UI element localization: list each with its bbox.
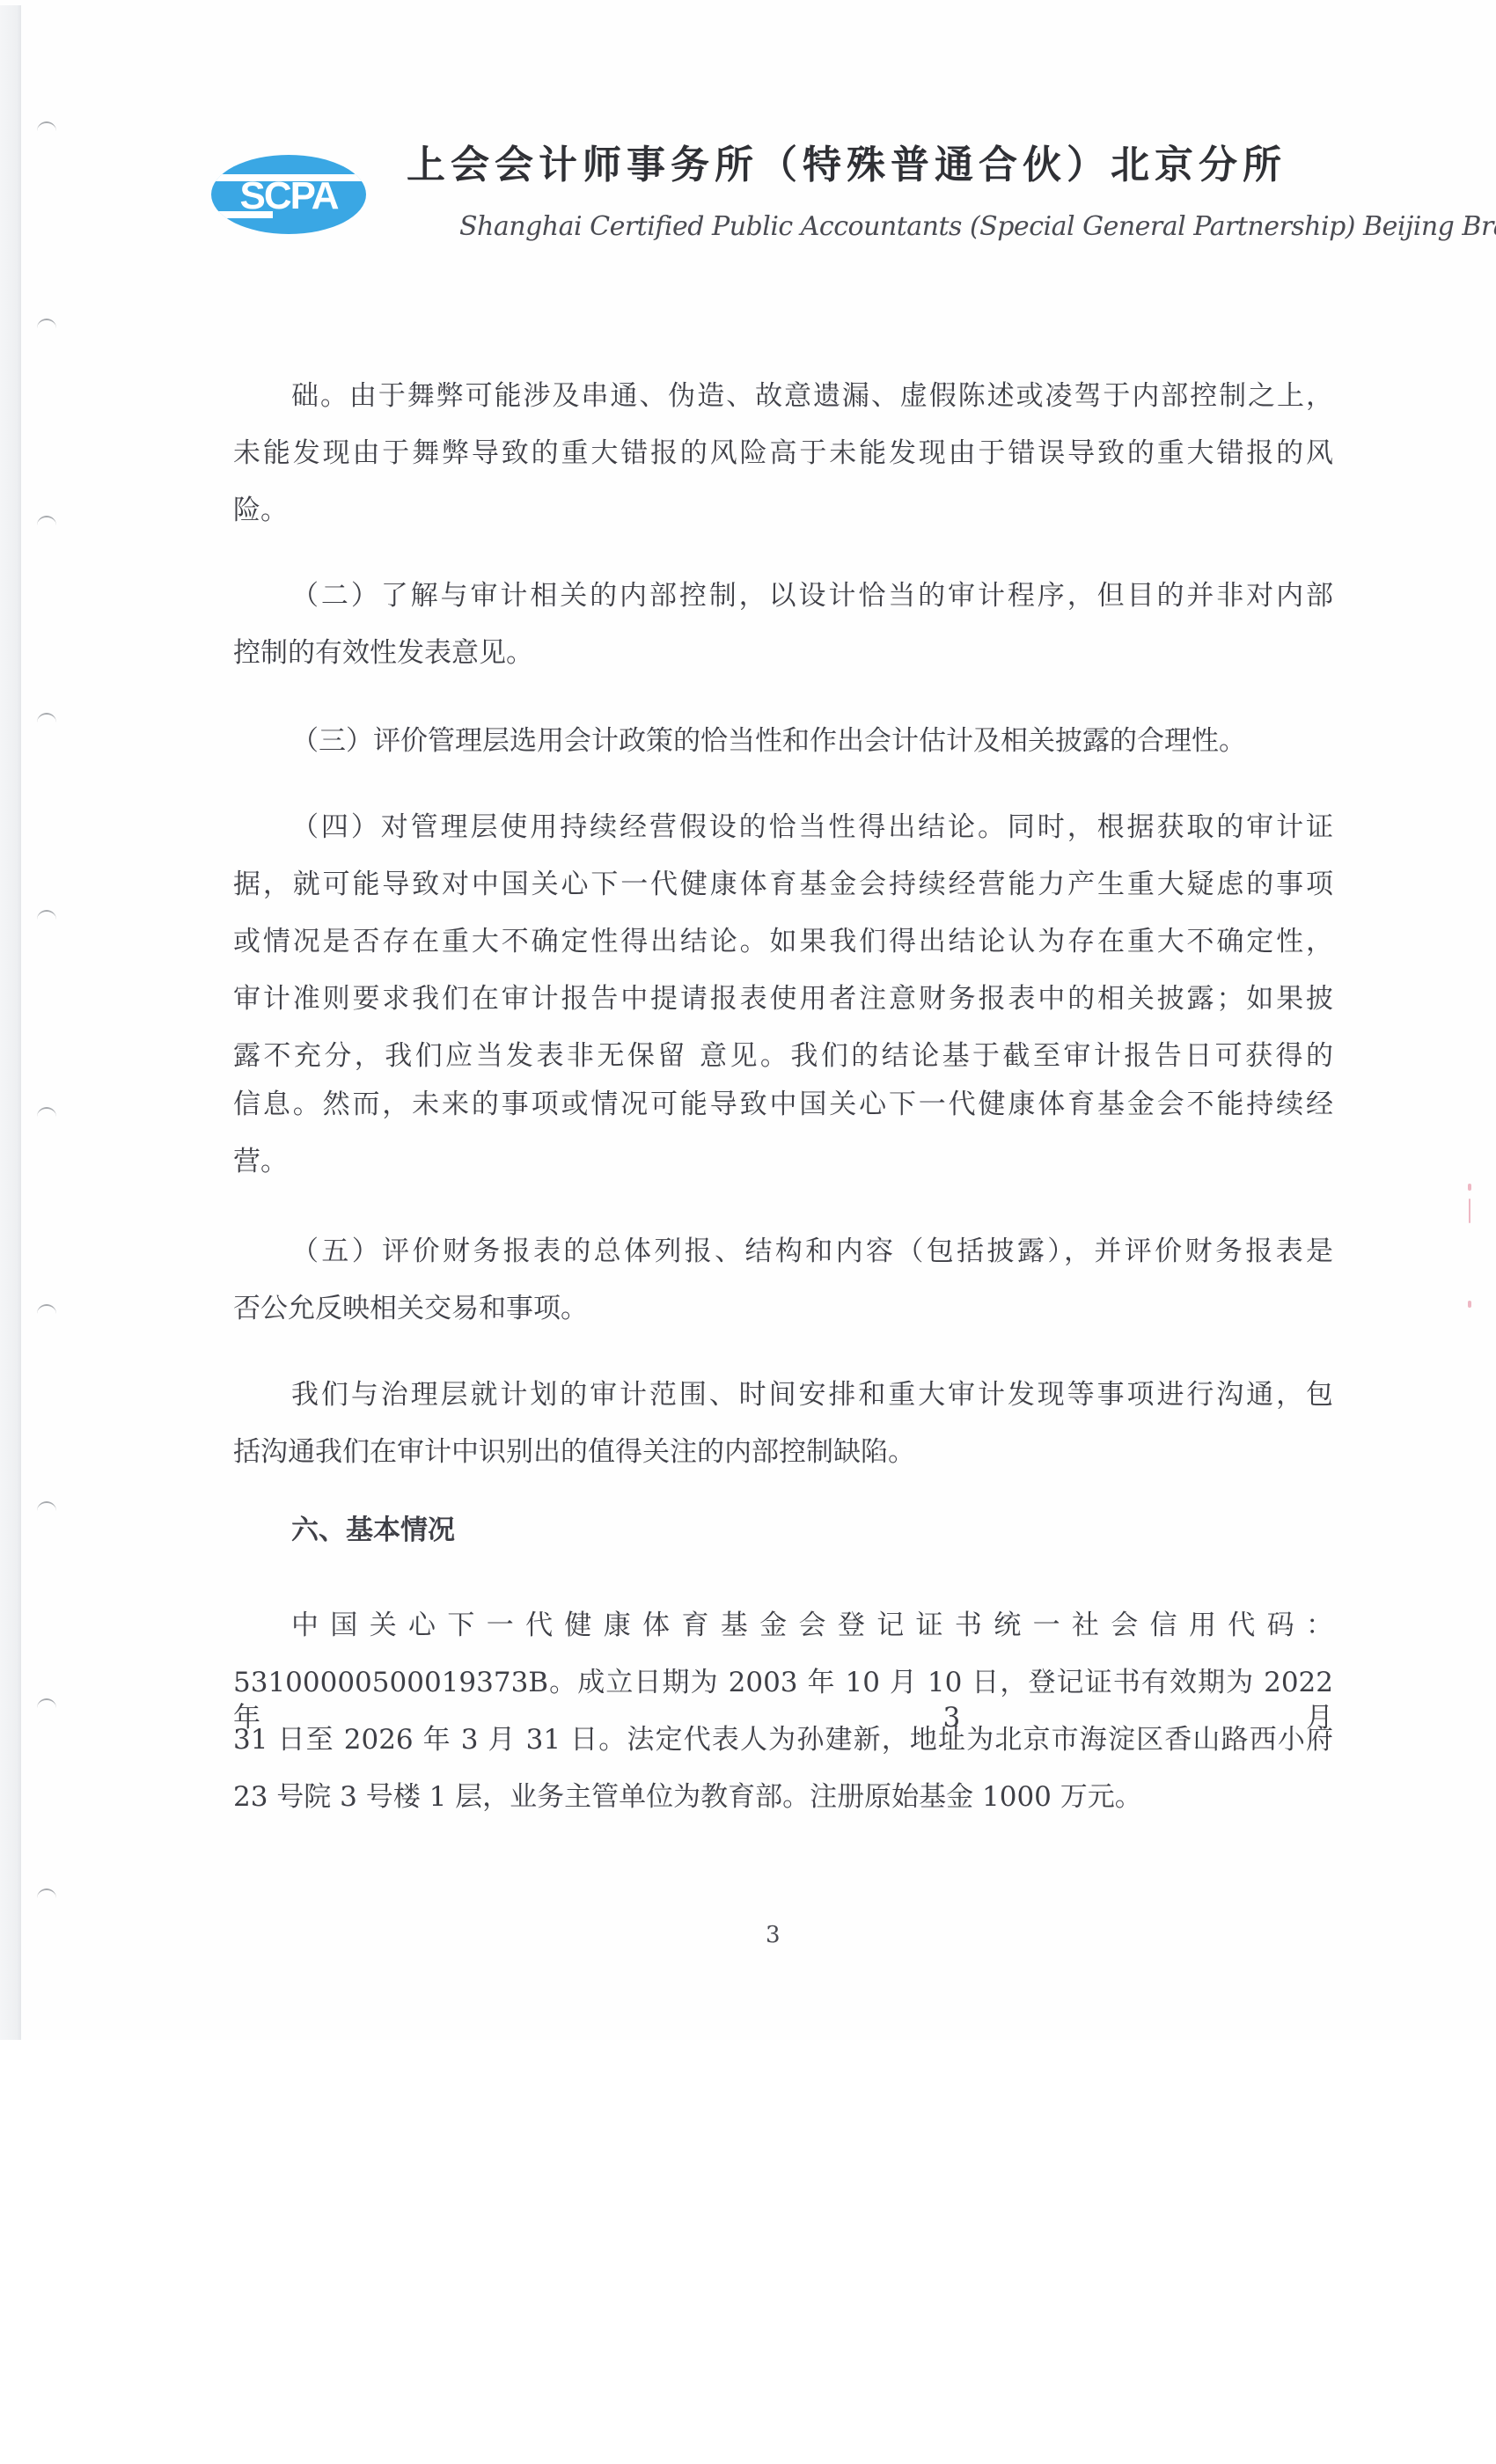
scan-edge-strip: [0, 5, 21, 2040]
seal-mark-icon: [1468, 1301, 1471, 1308]
firm-name-english: Shanghai Certified Public Accountants (S…: [459, 208, 1291, 246]
body-text-line: 础。由于舞弊可能涉及串通、伪造、故意遗漏、虚假陈述或凌驾于内部控制之上，: [291, 378, 1333, 414]
body-text-line: 中国关心下一代健康体育基金会登记证书统一社会信用代码：: [291, 1608, 1333, 1643]
body-text-line: （二）了解与审计相关的内部控制，以设计恰当的审计程序，但目的并非对内部: [291, 578, 1333, 613]
body-text-line: 露不充分，我们应当发表非无保留 意见。我们的结论基于截至审计报告日可获得的: [233, 1038, 1333, 1074]
body-text-line: 营。: [233, 1144, 288, 1179]
body-text-line: 或情况是否存在重大不确定性得出结论。如果我们得出结论认为存在重大不确定性，: [233, 924, 1333, 959]
body-text-line: 审计准则要求我们在审计报告中提请报表使用者注意财务报表中的相关披露；如果披: [233, 981, 1333, 1016]
seal-mark-icon: [1468, 1184, 1471, 1191]
seal-mark-icon: [1469, 1199, 1470, 1223]
body-text-line: 据，就可能导致对中国关心下一代健康体育基金会持续经营能力产生重大疑虑的事项: [233, 867, 1333, 902]
body-text-line: 未能发现由于舞弊导致的重大错报的风险高于未能发现由于错误导致的重大错报的风: [233, 436, 1333, 471]
body-text-line: 23 号院 3 号楼 1 层，业务主管单位为教育部。注册原始基金 1000 万元…: [233, 1779, 1142, 1815]
body-text-line: 否公允反映相关交易和事项。: [233, 1291, 588, 1326]
page-number: 3: [766, 1922, 781, 1948]
firm-name-chinese: 上会会计师事务所（特殊普通合伙）北京分所: [407, 141, 1339, 190]
body-text-line: （四）对管理层使用持续经营假设的恰当性得出结论。同时，根据获取的审计证: [291, 810, 1333, 845]
body-text-line: 信息。然而，未来的事项或情况可能导致中国关心下一代健康体育基金会不能持续经: [233, 1087, 1333, 1122]
body-text-line: （三）评价管理层选用会计政策的恰当性和作出会计估计及相关披露的合理性。: [291, 723, 1246, 759]
body-text-line: 31 日至 2026 年 3 月 31 日。法定代表人为孙建新，地址为北京市海淀…: [233, 1722, 1333, 1757]
section-heading: 六、基本情况: [291, 1513, 455, 1548]
logo-stripe: [211, 211, 273, 218]
body-text-line: 控制的有效性发表意见。: [233, 635, 533, 671]
body-text-line: 括沟通我们在审计中识别出的值得关注的内部控制缺陷。: [233, 1434, 915, 1470]
scpa-logo-icon: SCPA: [211, 155, 366, 234]
body-text-line: 险。: [233, 493, 288, 528]
body-text-line: （五）评价财务报表的总体列报、结构和内容（包括披露），并评价财务报表是: [291, 1234, 1333, 1269]
body-text-line: 我们与治理层就计划的审计范围、时间安排和重大审计发现等事项进行沟通，包: [291, 1377, 1333, 1412]
